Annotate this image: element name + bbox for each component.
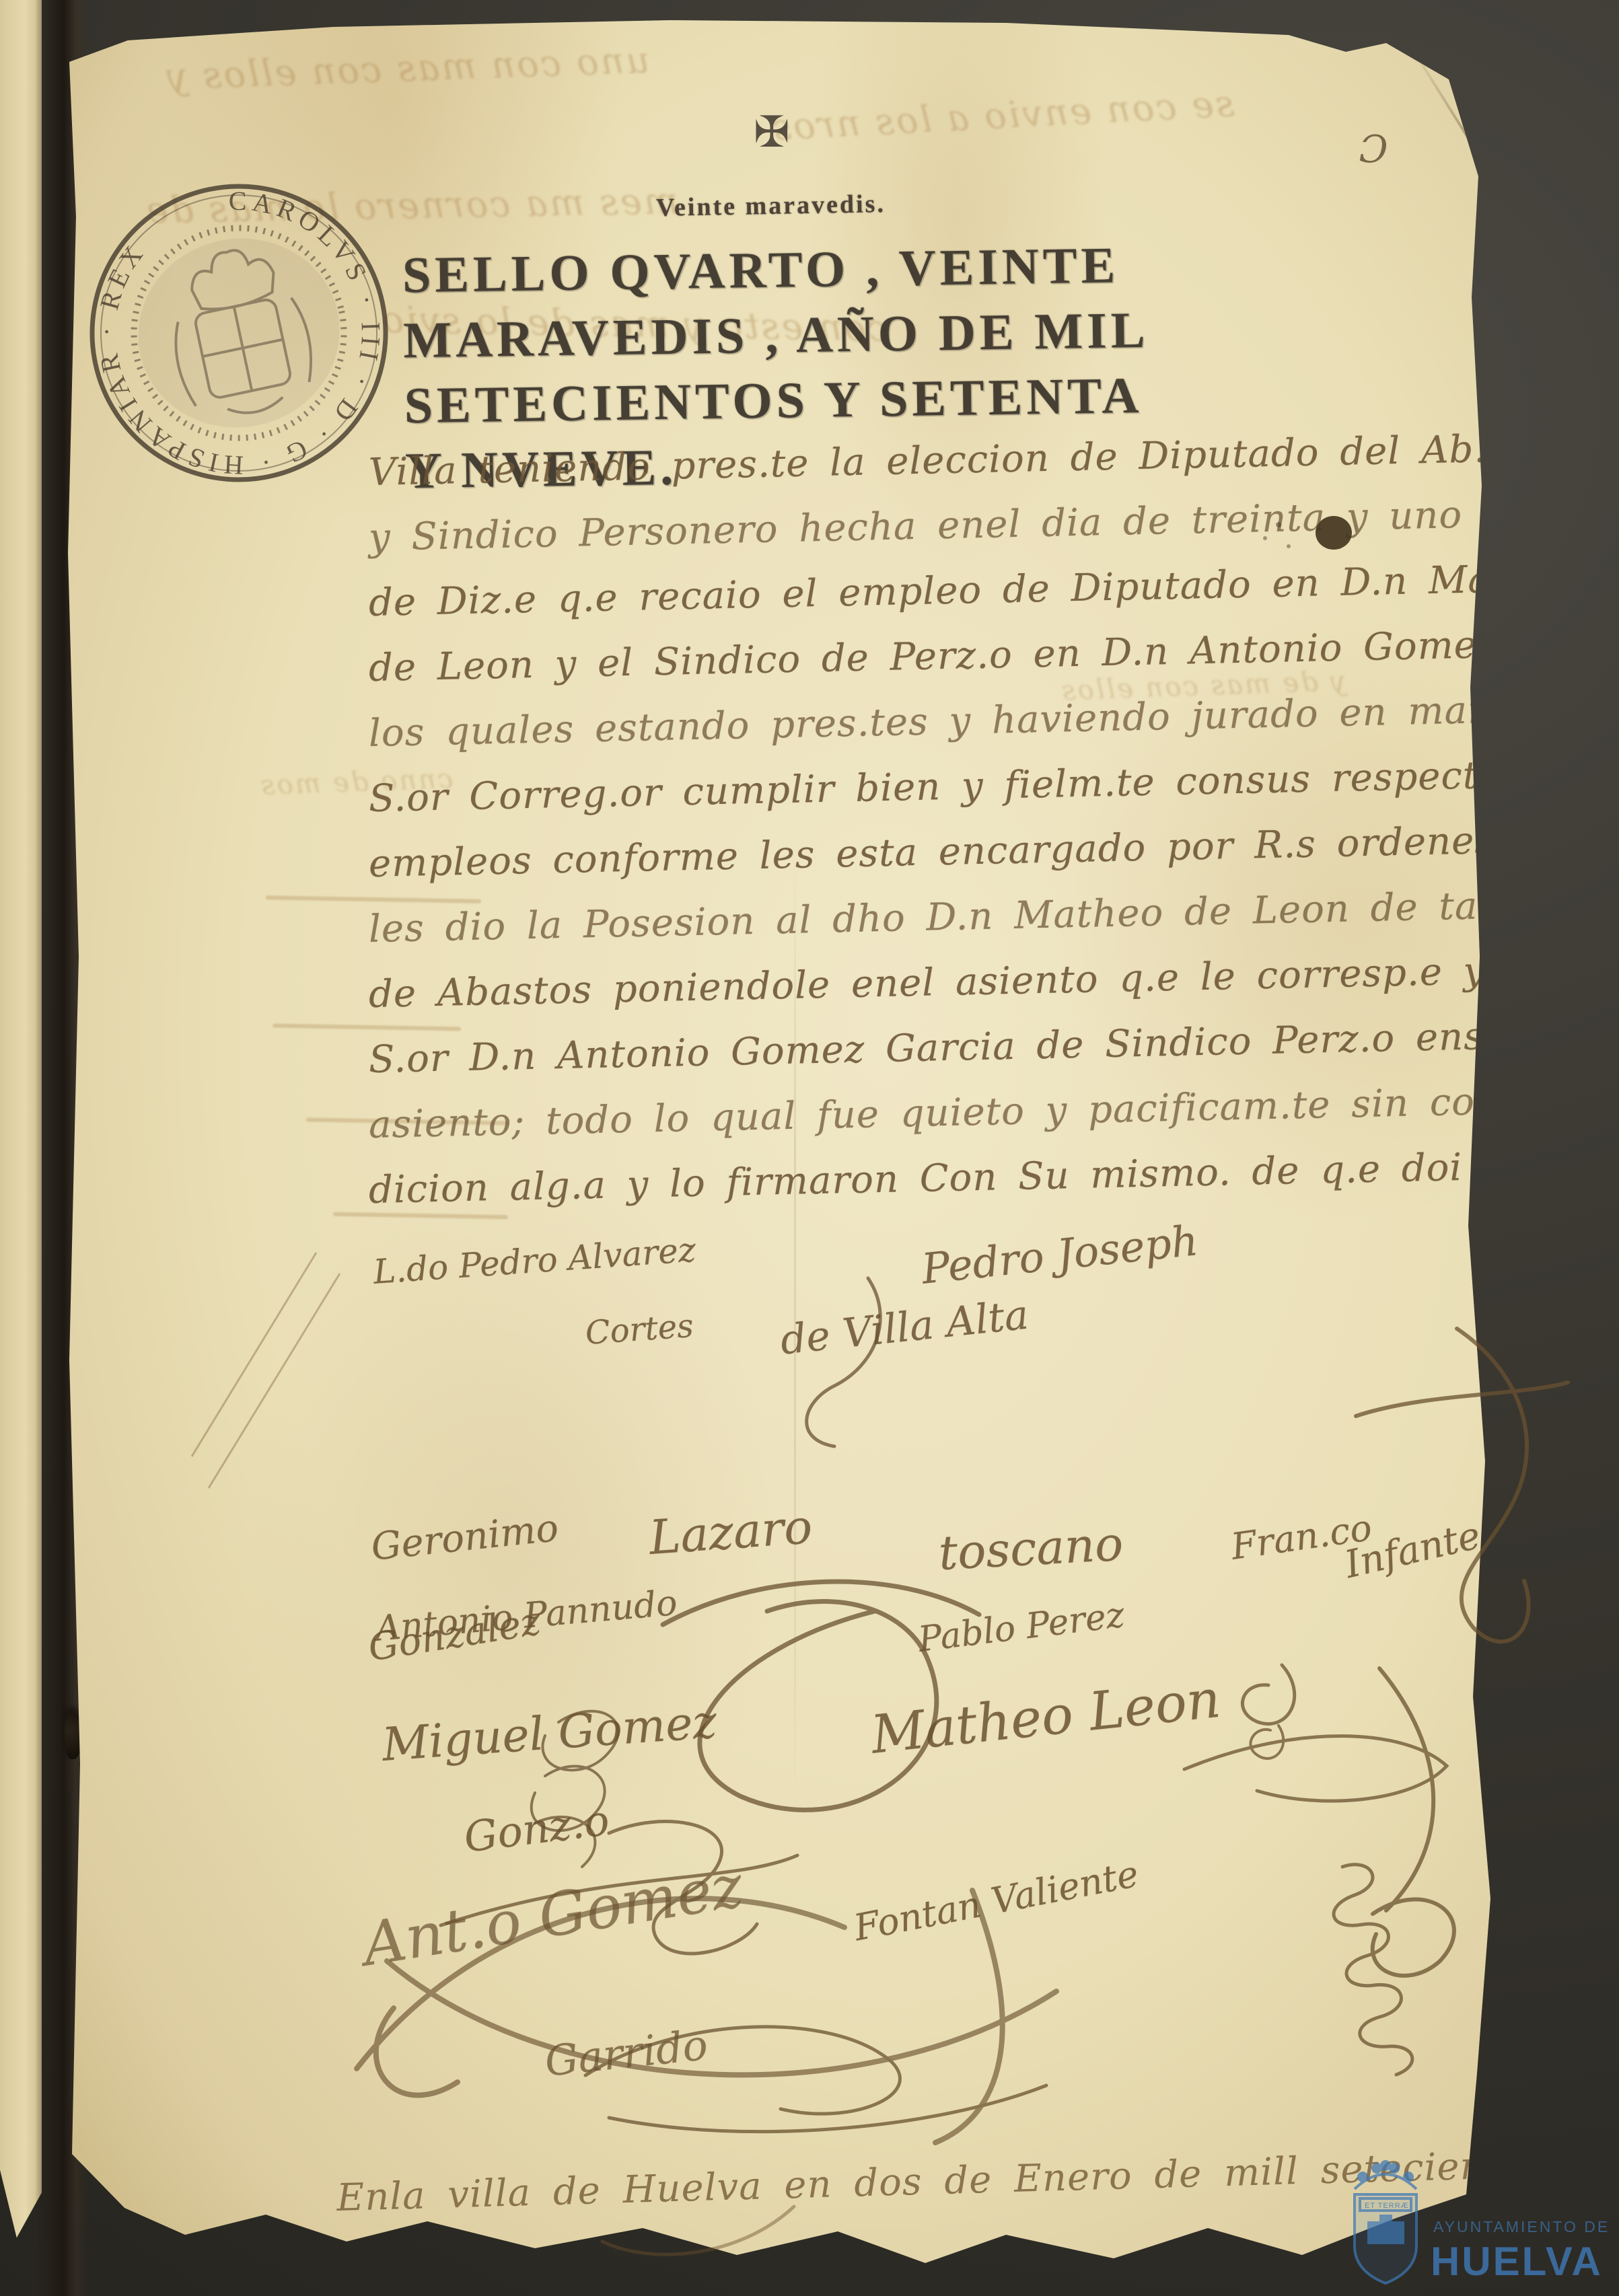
maltese-cross-icon: ✠ — [754, 108, 790, 157]
manuscript-line: de Diz.e q.e recaio el empleo de Diputad… — [368, 556, 1580, 625]
seal-heading-line: SELLO QVARTO , VEINTE — [402, 231, 1291, 308]
manuscript-line: asiento; todo lo qual fue quieto y pacif… — [368, 1078, 1580, 1147]
huelva-crest-icon — [1355, 2161, 1416, 2283]
manuscript-line: de Abastos poniendole enel asiento q.e l… — [368, 947, 1580, 1016]
signature: Gonz.o — [462, 1795, 612, 1862]
seal-heading-line: SETECIENTOS Y SETENTA — [404, 361, 1293, 439]
signature: Geronimo — [369, 1506, 561, 1569]
archival-document-scan: uno con mas con ellos y mes ma cornero l… — [0, 0, 1619, 2296]
manuscript-line: empleos conforme les esta encargado por … — [368, 817, 1580, 886]
signature: Fontan Valiente — [851, 1853, 1142, 1950]
watermark-city-label: HUELVA — [1431, 2239, 1603, 2284]
manuscript-line: dicion alg.a y lo firmaron Con Su mismo.… — [368, 1143, 1580, 1212]
signature: Miguel Gomez — [380, 1695, 718, 1772]
manuscript-line: S.or Correg.or cumplir bien y fielm.te c… — [368, 751, 1580, 821]
watermark-org-label: AYUNTAMIENTO DE — [1433, 2218, 1610, 2235]
manuscript-line: S.or D.n Antonio Gomez Garcia de Sindico… — [368, 1012, 1580, 1082]
signature: Garrido — [542, 2020, 710, 2086]
signature: Matheo Leon — [868, 1669, 1223, 1766]
signature: Pedro Joseph — [919, 1216, 1200, 1294]
signature: de Villa Alta — [778, 1292, 1030, 1364]
corner-fold-crease — [1406, 40, 1530, 235]
manuscript-line: les dio la Posesion al dho D.n Matheo de… — [368, 882, 1580, 951]
bleed-through-mark — [266, 895, 481, 903]
bleed-through-mark — [333, 1212, 508, 1220]
manuscript-line: los quales estando pres.tes y haviendo j… — [368, 686, 1580, 755]
signature: Lazaro — [647, 1499, 814, 1565]
bleed-through-mark — [273, 1024, 461, 1031]
signature: Pablo Perez — [916, 1595, 1126, 1660]
huelva-archive-watermark: ET TERRÆ AYUNTAMIENTO DE HUELVA — [1338, 2147, 1619, 2296]
seal-heading-line: MARAVEDIS , AÑO DE MIL — [403, 296, 1292, 373]
tax-value-label: Veinte maravedis. — [656, 189, 886, 223]
folio-corner-mark: Ɔ — [1359, 128, 1388, 172]
manuscript-page: uno con mas con ellos y mes ma cornero l… — [64, 15, 1554, 2268]
manuscript-line: de Leon y el Sindico de Perz.o en D.n An… — [368, 621, 1580, 690]
bleed-through-text: uno con mas con ellos y — [164, 38, 650, 98]
signature: Ant.o Gomez — [358, 1851, 748, 1980]
signature: Cortes — [584, 1307, 694, 1352]
signature: L.do Pedro Alvarez — [372, 1230, 697, 1292]
bleed-through-text: se con envio a los nros — [770, 82, 1235, 149]
signature: toscano — [937, 1516, 1124, 1581]
crest-motto: ET TERRÆ — [1365, 2202, 1409, 2210]
